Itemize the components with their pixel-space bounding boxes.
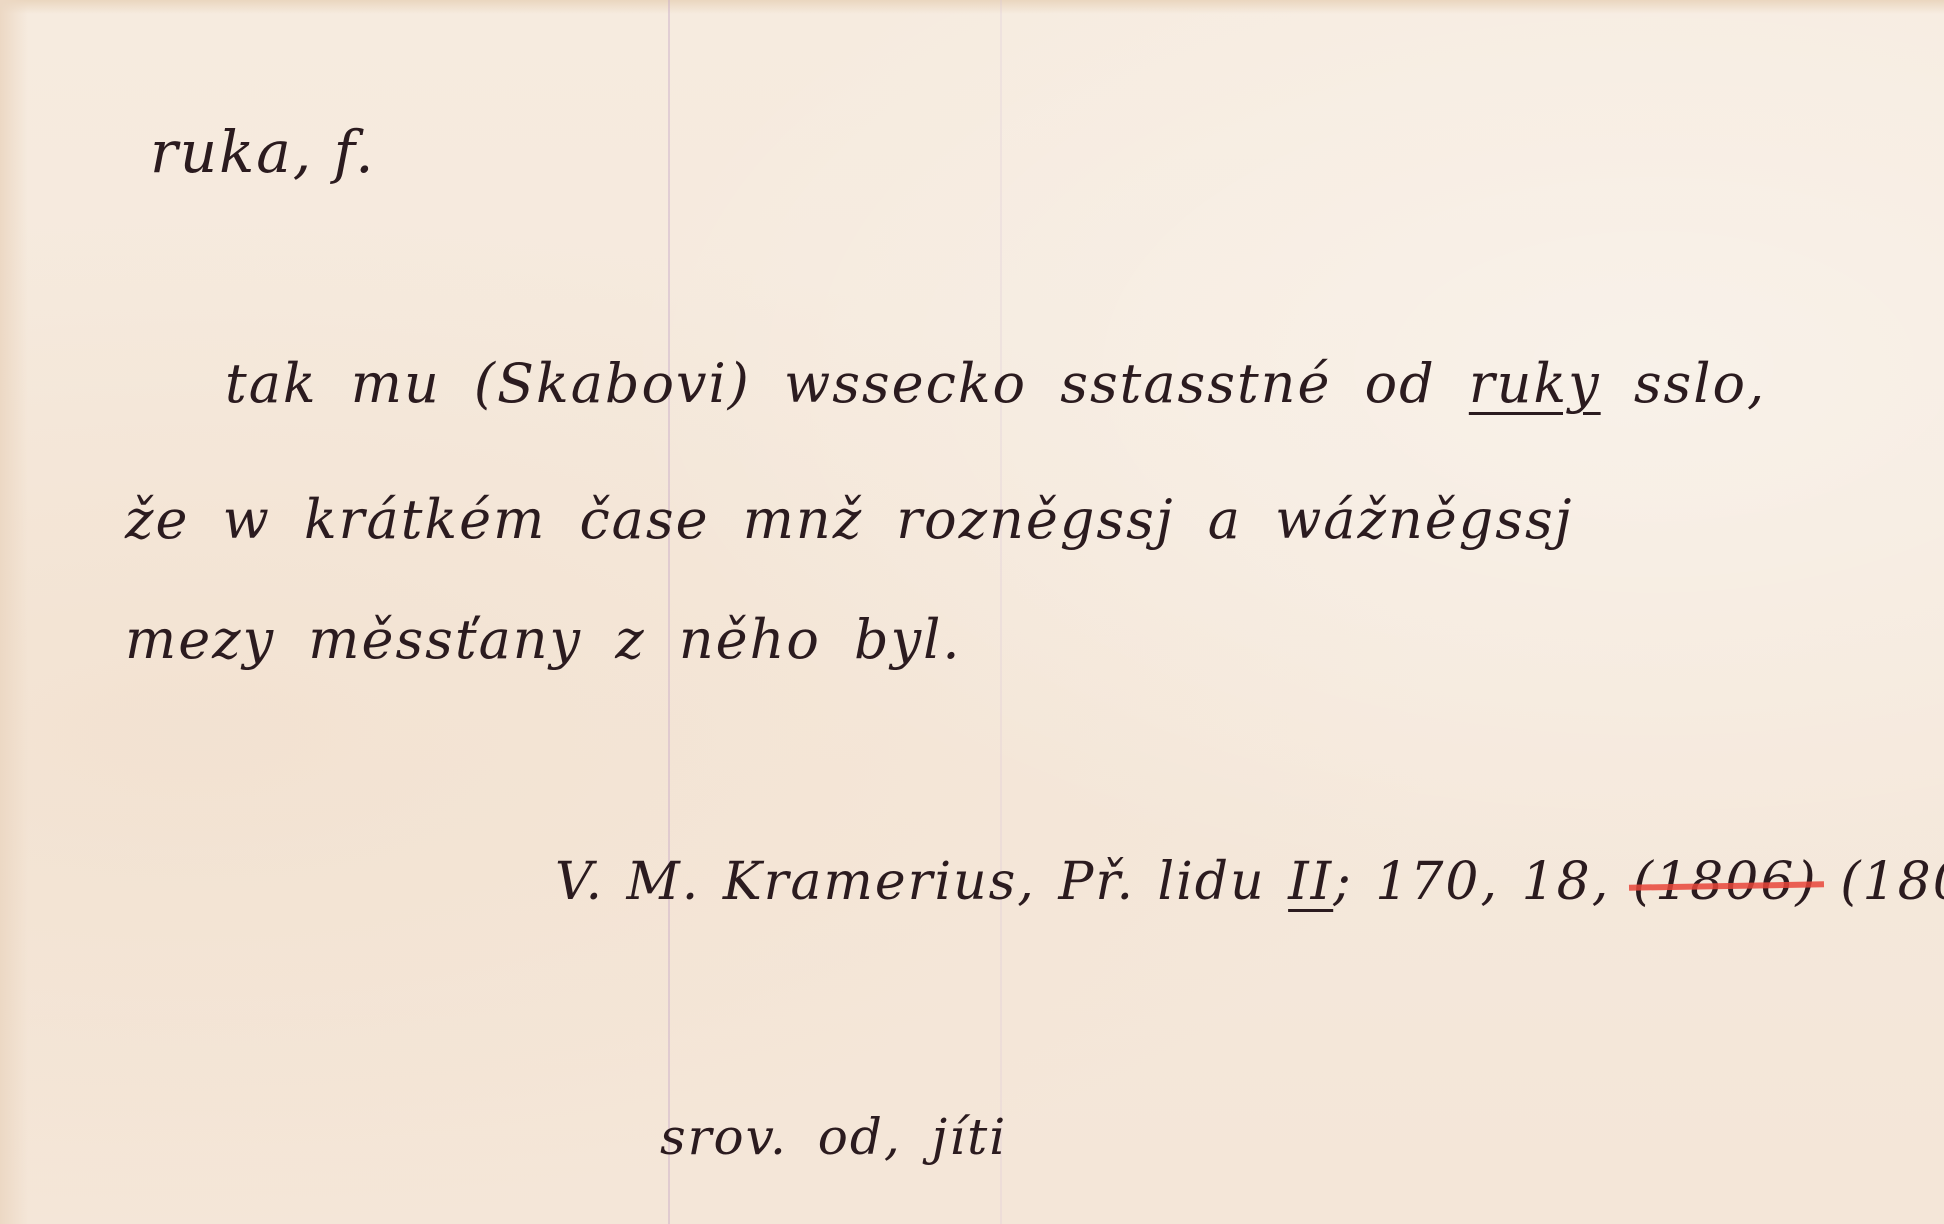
quote-line-1-end: sslo, — [1601, 352, 1767, 415]
vertical-ruling-line-faint — [1000, 0, 1002, 1224]
quote-line-1: tak mu (Skabovi) wssecko sstasstné od ru… — [225, 352, 1766, 415]
source-author-title: V. M. Kramerius, Př. lidu — [555, 852, 1266, 912]
headword: ruka, f. — [150, 118, 376, 186]
source-volume: II — [1288, 852, 1333, 912]
quote-line-2: že w krátkém čase mnž rozněgssj a wážněg… — [125, 488, 1573, 551]
cross-reference: srov. od, jíti — [660, 1108, 1007, 1166]
struck-year: (1806) — [1633, 852, 1818, 912]
source-citation: V. M. Kramerius, Př. lidu II; 170, 18, (… — [555, 852, 1944, 912]
quote-line-1-start: tak mu (Skabovi) wssecko sstasstné od — [225, 352, 1469, 415]
excerpt-card: ruka, f. tak mu (Skabovi) wssecko sstass… — [0, 0, 1944, 1224]
source-page-line: ; 170, 18, — [1333, 852, 1633, 912]
card-top-edge — [0, 0, 1944, 14]
card-left-edge — [0, 0, 28, 1224]
quote-line-3: mezy měssťany z něho byl. — [125, 608, 962, 671]
corrected-year: (1807) — [1840, 852, 1944, 912]
underlined-keyword: ruky — [1469, 352, 1601, 415]
